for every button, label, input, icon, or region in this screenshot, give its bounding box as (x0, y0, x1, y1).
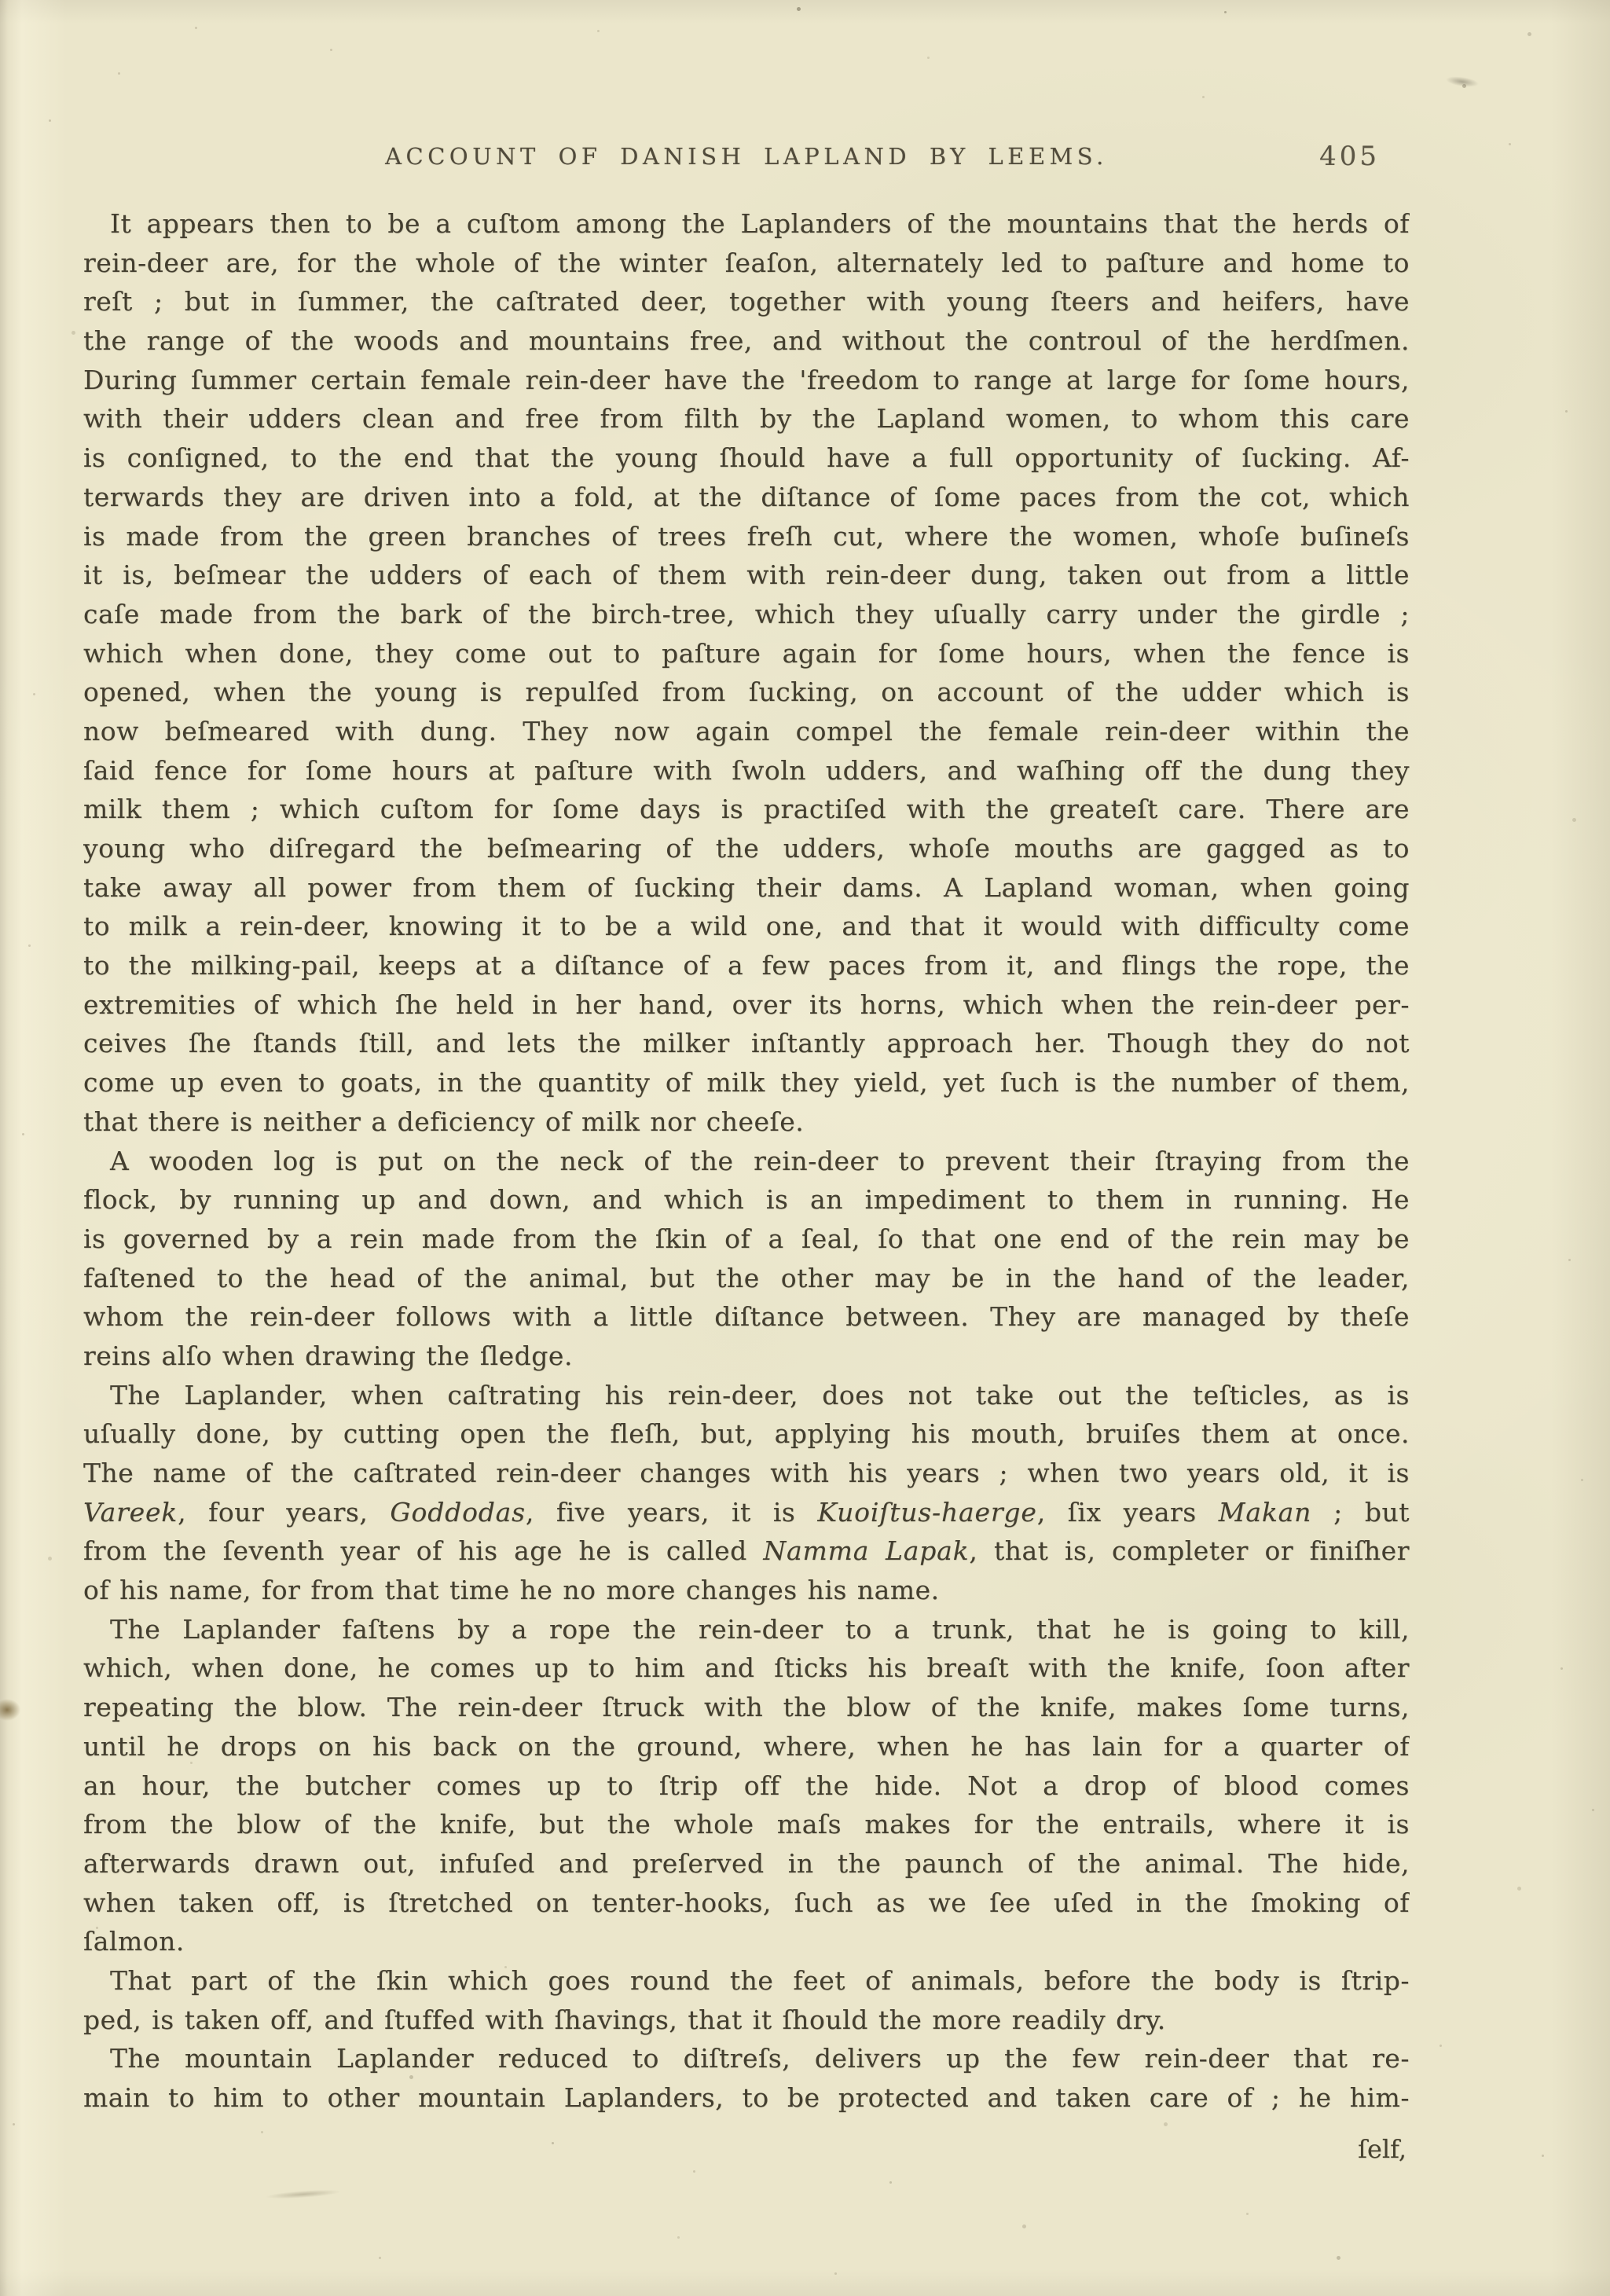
text-line: ſalmon. (83, 1922, 1410, 1961)
text-line: is made from the green branches of trees… (83, 517, 1410, 556)
text-line: an hour, the butcher comes up to ſtrip o… (83, 1766, 1410, 1806)
text-line: of his name, for from that time he no mo… (83, 1571, 1410, 1610)
text-line: ped, is taken off, and ſtuffed with ſhav… (83, 2001, 1410, 2040)
text-line: it is, beſmear the udders of each of the… (83, 556, 1410, 595)
text-line: ceives ſhe ſtands ſtill, and lets the mi… (83, 1024, 1410, 1063)
text-line: That part of the ſkin which goes round t… (83, 1961, 1410, 2001)
text-line: from the ſeventh year of his age he is c… (83, 1531, 1410, 1571)
text-line: extremities of which ſhe held in her han… (83, 985, 1410, 1025)
text-line: ſaid fence for ſome hours at paſture wit… (83, 751, 1410, 790)
paragraph: It appears then to be a cuſtom among the… (83, 204, 1410, 1142)
text-line: repeating the blow. The rein-deer ſtruck… (83, 1688, 1410, 1727)
catchword: ſelf, (83, 2134, 1410, 2164)
text-line: young who diſregard the beſmearing of th… (83, 829, 1410, 868)
text-line: with their udders clean and free from fi… (83, 399, 1410, 438)
text-line: rein-deer are, for the whole of the wint… (83, 244, 1410, 283)
book-page: ACCOUNT OF DANISH LAPLAND BY LEEMS. 405 … (0, 0, 1610, 2296)
text-line: It appears then to be a cuſtom among the… (83, 204, 1410, 244)
text-line: flock, by running up and down, and which… (83, 1180, 1410, 1220)
text-line: The name of the caſtrated rein-deer chan… (83, 1454, 1410, 1493)
page-number: 405 (1319, 141, 1380, 172)
text-line: During ſummer certain female rein-deer h… (83, 361, 1410, 400)
text-line: opened, when the young is repulſed from … (83, 673, 1410, 712)
text-line: which, when done, he comes up to him and… (83, 1649, 1410, 1688)
text-line: is conſigned, to the end that the young … (83, 438, 1410, 478)
text-line: faſtened to the head of the animal, but … (83, 1259, 1410, 1298)
scan-smudge (1445, 75, 1479, 89)
text-line: afterwards drawn out, infuſed and preſer… (83, 1844, 1410, 1883)
text-line: A wooden log is put on the neck of the r… (83, 1142, 1410, 1181)
running-header-title: ACCOUNT OF DANISH LAPLAND BY LEEMS. (83, 143, 1410, 170)
text-line: Vareek, four years, Goddodas, five years… (83, 1493, 1410, 1532)
text-line: that there is neither a deficiency of mi… (83, 1102, 1410, 1142)
scan-smudge (266, 2188, 341, 2201)
text-line: The Laplander, when caſtrating his rein-… (83, 1376, 1410, 1415)
text-line: now beſmeared with dung. They now again … (83, 712, 1410, 751)
text-line: the range of the woods and mountains fre… (83, 321, 1410, 361)
text-line: whom the rein-deer follows with a little… (83, 1297, 1410, 1337)
text-line: caſe made from the bark of the birch-tre… (83, 595, 1410, 634)
text-line: reins alſo when drawing the ſledge. (83, 1337, 1410, 1376)
paragraph: The Laplander faſtens by a rope the rein… (83, 1610, 1410, 1961)
text-line: to the milking-pail, keeps at a diſtance… (83, 946, 1410, 985)
paragraph: The mountain Laplander reduced to diſtre… (83, 2039, 1410, 2117)
text-line: from the blow of the knife, but the whol… (83, 1805, 1410, 1844)
text-line: The Laplander faſtens by a rope the rein… (83, 1610, 1410, 1649)
text-line: milk them ; which cuſtom for ſome days i… (83, 790, 1410, 829)
text-line: terwards they are driven into a fold, at… (83, 478, 1410, 517)
text-line: come up even to goats, in the quantity o… (83, 1063, 1410, 1102)
paragraph: That part of the ſkin which goes round t… (83, 1961, 1410, 2039)
text-line: which when done, they come out to paſtur… (83, 634, 1410, 673)
paragraph: The Laplander, when caſtrating his rein-… (83, 1376, 1410, 1610)
text-line: reſt ; but in ſummer, the caſtrated deer… (83, 282, 1410, 321)
text-line: is governed by a rein made from the ſkin… (83, 1220, 1410, 1259)
running-header: ACCOUNT OF DANISH LAPLAND BY LEEMS. 405 (83, 143, 1410, 182)
text-line: main to him to other mountain Laplanders… (83, 2078, 1410, 2118)
body-text: It appears then to be a cuſtom among the… (83, 204, 1410, 2118)
text-line: The mountain Laplander reduced to diſtre… (83, 2039, 1410, 2078)
paragraph: A wooden log is put on the neck of the r… (83, 1142, 1410, 1376)
text-line: take away all power from them of ſucking… (83, 868, 1410, 908)
text-line: until he drops on his back on the ground… (83, 1727, 1410, 1766)
paper-speckles (0, 0, 2, 2)
text-line: uſually done, by cutting open the fleſh,… (83, 1414, 1410, 1454)
text-line: when taken off, is ſtretched on tenter-h… (83, 1883, 1410, 1923)
text-line: to milk a rein-deer, knowing it to be a … (83, 907, 1410, 946)
ink-blot (0, 1699, 20, 1721)
